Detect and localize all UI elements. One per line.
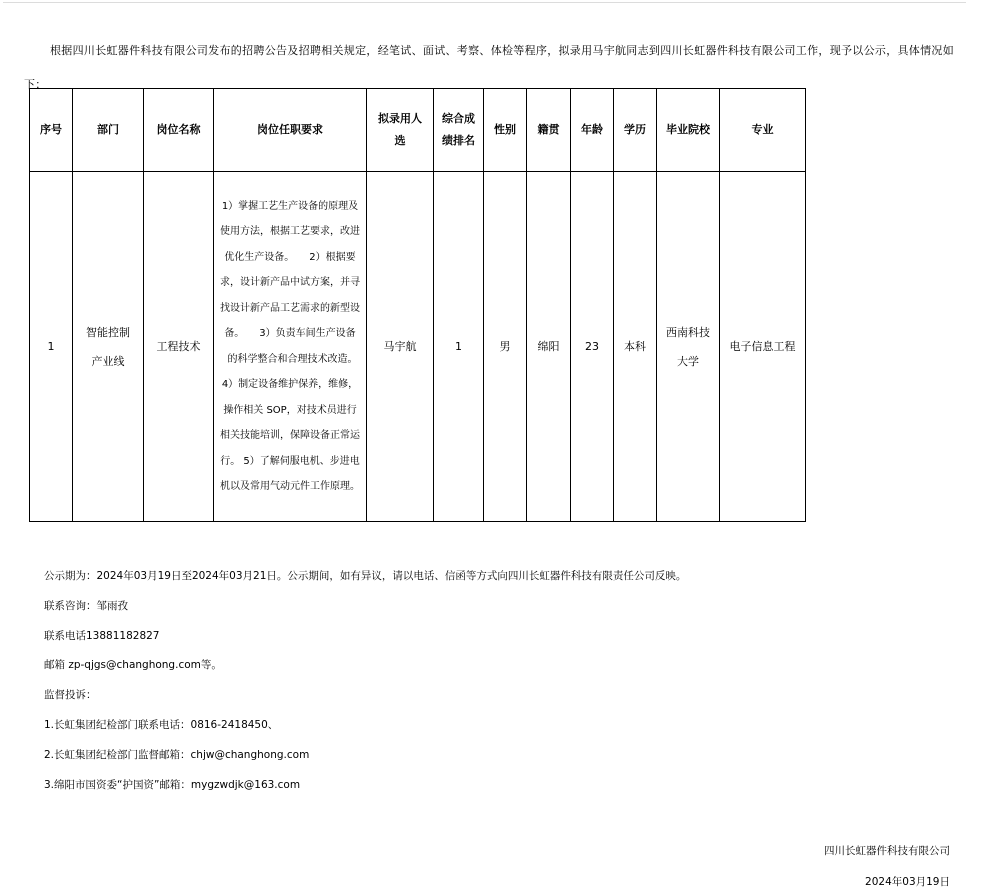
cell-rank: 1 [434,172,484,522]
notice-footer: 公示期为：2024年03月19日至2024年03月21日。公示期间，如有异议，请… [44,566,944,804]
header-gender: 性别 [484,89,527,172]
cell-index: 1 [30,172,73,522]
header-candidate: 拟录用人选 [367,89,434,172]
header-hometown: 籍贯 [527,89,571,172]
header-rank: 综合成绩排名 [434,89,484,172]
signature-company: 四川长虹器件科技有限公司 [824,836,950,867]
supervision-item: 1.长虹集团纪检部门联系电话：0816-2418450、 [44,715,944,745]
cell-school: 西南科技大学 [657,172,720,522]
top-divider [3,2,966,3]
table-row: 1 智能控制产业线 工程技术 1）掌握工艺生产设备的原理及使用方法，根据工艺要求… [30,172,806,522]
header-index: 序号 [30,89,73,172]
cell-department: 智能控制产业线 [73,172,144,522]
header-position: 岗位名称 [144,89,214,172]
cell-age: 23 [571,172,614,522]
supervision-title: 监督投诉： [44,685,944,715]
header-education: 学历 [614,89,657,172]
publicity-period: 公示期为：2024年03月19日至2024年03月21日。公示期间，如有异议，请… [44,566,944,596]
cell-requirements: 1）掌握工艺生产设备的原理及使用方法，根据工艺要求，改进优化生产设备。 2）根据… [214,172,367,522]
cell-major: 电子信息工程 [720,172,806,522]
header-school: 毕业院校 [657,89,720,172]
header-requirements: 岗位任职要求 [214,89,367,172]
cell-candidate: 马宇航 [367,172,434,522]
contact-email: 邮箱 zp-qjgs@changhong.com等。 [44,655,944,685]
contact-person: 联系咨询：邹雨孜 [44,596,944,626]
header-major: 专业 [720,89,806,172]
supervision-item: 2.长虹集团纪检部门监督邮箱：chjw@changhong.com [44,745,944,775]
cell-hometown: 绵阳 [527,172,571,522]
cell-position: 工程技术 [144,172,214,522]
signature-block: 四川长虹器件科技有限公司 2024年03月19日 [824,836,950,890]
cell-education: 本科 [614,172,657,522]
contact-phone: 联系电话13881182827 [44,626,944,656]
table-header-row: 序号 部门 岗位名称 岗位任职要求 拟录用人选 综合成绩排名 性别 籍贯 年龄 … [30,89,806,172]
supervision-item: 3.绵阳市国资委“护国资”邮箱：mygzwdjk@163.com [44,775,944,805]
hiring-table: 序号 部门 岗位名称 岗位任职要求 拟录用人选 综合成绩排名 性别 籍贯 年龄 … [29,88,806,522]
header-department: 部门 [73,89,144,172]
cell-gender: 男 [484,172,527,522]
signature-date: 2024年03月19日 [824,867,950,890]
header-age: 年龄 [571,89,614,172]
